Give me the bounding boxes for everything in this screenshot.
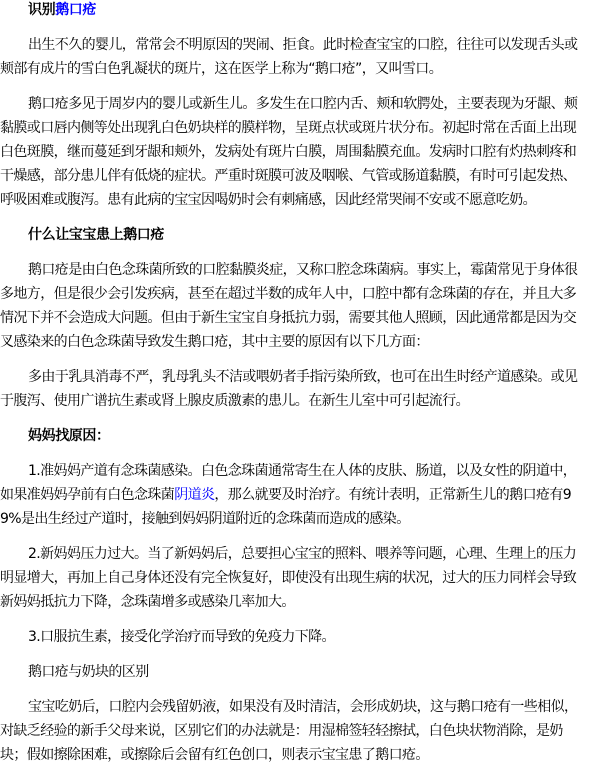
thrush-link[interactable]: 鹅口疮 [55,2,96,18]
section-heading-causes: 什么让宝宝患上鹅口疮 [0,223,589,247]
paragraph-infection-sources: 多由于乳具消毒不严，乳母乳头不洁或喂奶者手指污染所致，也可在出生时经产道感染。或… [0,365,589,413]
paragraph-intro: 出生不久的婴儿，常常会不明原因的哭闹、拒食。此时检查宝宝的口腔，往往可以发现舌头… [0,33,589,81]
list-item-cause-1: 1.准妈妈产道有念珠菌感染。白色念珠菌通常寄生在人体的皮肤、肠道，以及女性的阴道… [0,459,589,531]
paragraph-difference: 宝宝吃奶后，口腔内会残留奶液，如果没有及时清洁，会形成奶块，这与鹅口疮有一些相似… [0,695,589,767]
section-heading-identify: 识别鹅口疮 [0,0,589,22]
article-body: 识别鹅口疮 出生不久的婴儿，常常会不明原因的哭闹、拒食。此时检查宝宝的口腔，往往… [0,0,589,767]
paragraph-symptoms: 鹅口疮多见于周岁内的婴儿或新生儿。多发生在口腔内舌、颊和软腭处，主要表现为牙龈、… [0,92,589,212]
paragraph-causes: 鹅口疮是由白色念珠菌所致的口腔黏膜炎症，又称口腔念珠菌病。事实上，霉菌常见于身体… [0,258,589,354]
heading-prefix: 识别 [28,2,55,18]
vaginitis-link[interactable]: 阴道炎 [174,487,214,503]
list-item-cause-3: 3.口服抗生素，接受化学治疗而导致的免疫力下降。 [0,625,589,649]
list-item-cause-2: 2.新妈妈压力过大。当了新妈妈后，总要担心宝宝的照料、喂养等问题，心理、生理上的… [0,542,589,614]
section-heading-mother-causes: 妈妈找原因： [0,424,589,448]
section-heading-difference: 鹅口疮与奶块的区别 [0,660,589,684]
